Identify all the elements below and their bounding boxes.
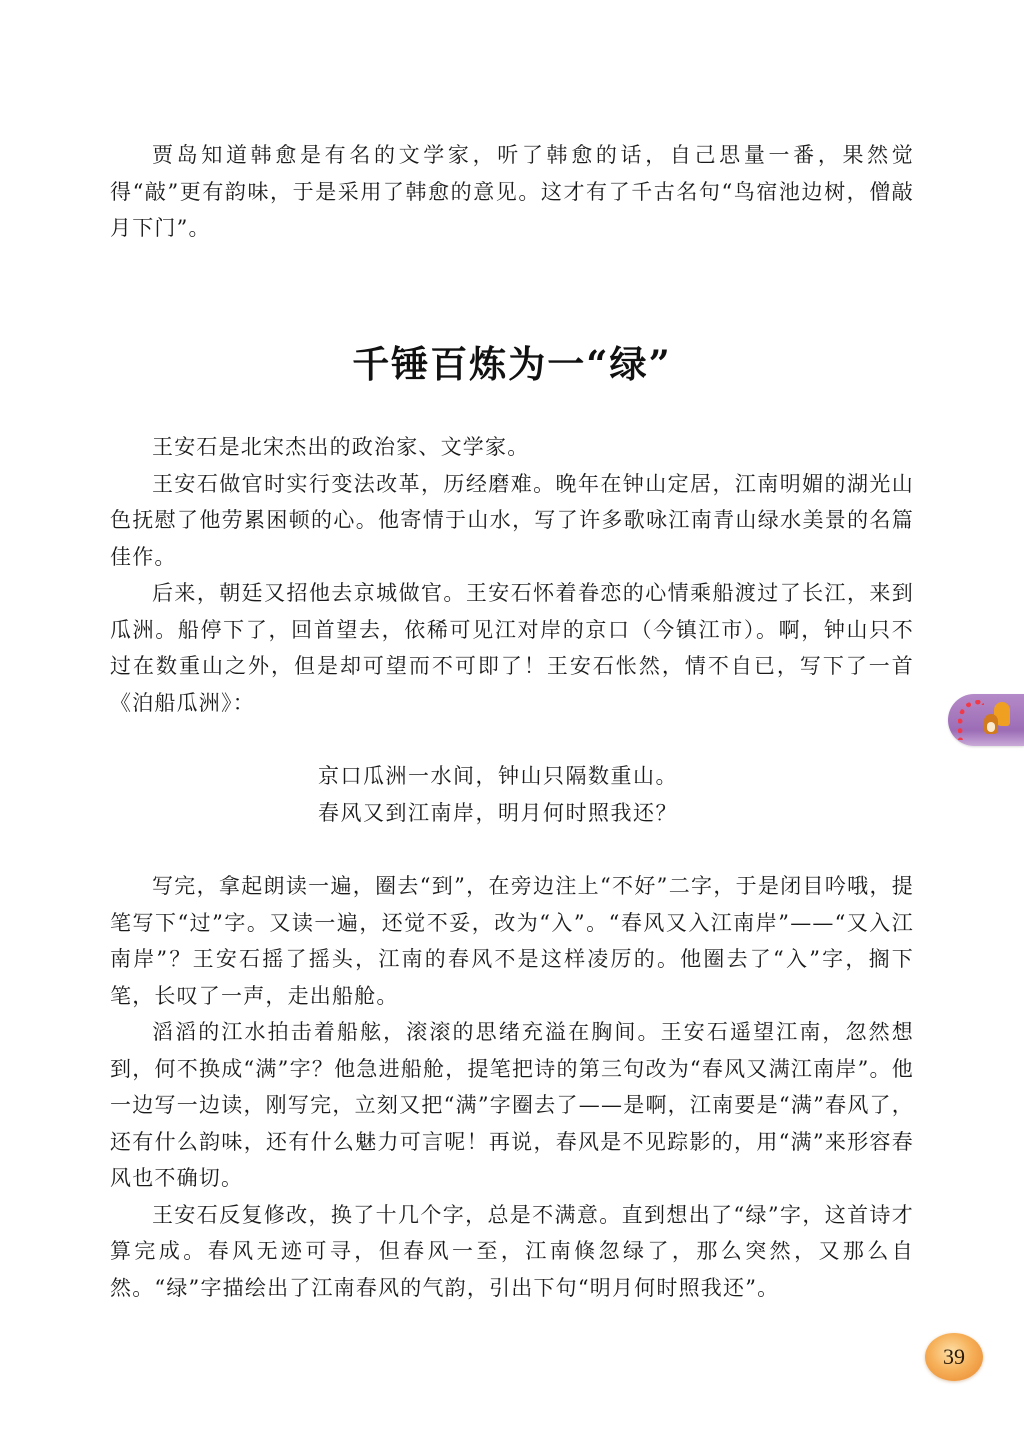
- story-paragraph: 王安石做官时实行变法改革，历经磨难。晚年在钟山定居，江南明媚的湖光山色抚慰了他劳…: [110, 466, 914, 576]
- squirrel-mascot-icon: [982, 702, 1008, 736]
- poem-line: 春风又到江南岸，明月何时照我还？: [318, 795, 738, 832]
- poem-line: 京口瓜洲一水间，钟山只隔数重山。: [318, 758, 738, 795]
- story-paragraph: 后来，朝廷又招他去京城做官。王安石怀着眷恋的心情乘船渡过了长江，来到瓜洲。船停下…: [110, 575, 914, 721]
- chapter-side-tab: [948, 694, 1024, 746]
- dotted-arc-icon: [958, 700, 984, 740]
- story-paragraph: 王安石是北宋杰出的政治家、文学家。: [110, 429, 914, 466]
- poem-block: 京口瓜洲一水间，钟山只隔数重山。 春风又到江南岸，明月何时照我还？: [318, 758, 738, 832]
- intro-paragraph: 贾岛知道韩愈是有名的文学家，听了韩愈的话，自己思量一番，果然觉得“敲”更有韵味，…: [110, 137, 914, 247]
- intro-paragraph-block: 贾岛知道韩愈是有名的文学家，听了韩愈的话，自己思量一番，果然觉得“敲”更有韵味，…: [110, 137, 914, 247]
- story-paragraph: 王安石反复修改，换了十几个字，总是不满意。直到想出了“绿”字，这首诗才算完成。春…: [110, 1197, 914, 1307]
- page-number-badge: 39: [925, 1333, 983, 1381]
- story-part-1: 王安石是北宋杰出的政治家、文学家。 王安石做官时实行变法改革，历经磨难。晚年在钟…: [110, 429, 914, 721]
- section-title: 千锤百炼为一“绿”: [0, 339, 1024, 389]
- story-paragraph: 滔滔的江水拍击着船舷，滚滚的思绪充溢在胸间。王安石遥望江南，忽然想到，何不换成“…: [110, 1014, 914, 1197]
- story-paragraph: 写完，拿起朗读一遍，圈去“到”，在旁边注上“不好”二字，于是闭目吟哦，提笔写下“…: [110, 868, 914, 1014]
- story-part-2: 写完，拿起朗读一遍，圈去“到”，在旁边注上“不好”二字，于是闭目吟哦，提笔写下“…: [110, 868, 914, 1306]
